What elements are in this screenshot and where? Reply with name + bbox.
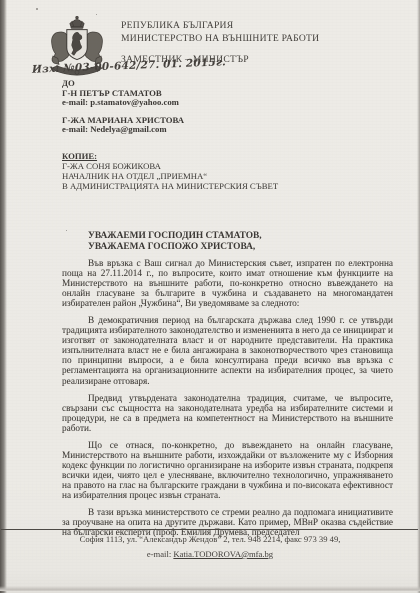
paragraph: В демократичния период на българската дъ… xyxy=(62,316,393,386)
salutation-line: УВАЖАЕМА ГОСПОЖО ХРИСТОВА, xyxy=(88,242,262,253)
letter-body: Във връзка с Ваш сигнал до Министерския … xyxy=(62,259,393,545)
footer-address: София 1113, ул. “Александър Жендов” 2, т… xyxy=(0,534,420,544)
salutation: УВАЖАЕМИ ГОСПОДИН СТАМАТОВ, УВАЖАЕМА ГОС… xyxy=(88,231,262,253)
scan-speck xyxy=(36,8,38,10)
copy-label: КОПИЕ: xyxy=(62,151,278,161)
copy-block: КОПИЕ: Г-ЖА СОНЯ БОЖИКОВА НАЧАЛНИК НА ОТ… xyxy=(62,151,278,191)
salutation-line: УВАЖАЕМИ ГОСПОДИН СТАМАТОВ, xyxy=(88,231,262,242)
letterhead-ministry: МИНИСТЕРСТВО НА ВЪНШНИТЕ РАБОТИ xyxy=(121,32,319,45)
copy-recipient-org: В АДМИНИСТРАЦИЯТА НА МИНИСТЕРСКИЯ СЪВЕТ xyxy=(62,181,278,191)
scan-edge-left xyxy=(0,0,7,593)
footer-email-line: e-mail: Katia.TODOROVA@mfa.bg xyxy=(0,549,420,559)
scan-edge-bottom xyxy=(0,586,420,591)
letterhead-country: РЕПУБЛИКА БЪЛГАРИЯ xyxy=(121,19,319,32)
scan-speck xyxy=(66,230,67,231)
footer-divider xyxy=(1,529,418,530)
copy-recipient-title: НАЧАЛНИК НА ОТДЕЛ „ПРИЕМНА“ xyxy=(62,171,278,181)
footer-email: Katia.TODOROVA@mfa.bg xyxy=(173,549,273,559)
copy-recipient-name: Г-ЖА СОНЯ БОЖИКОВА xyxy=(62,161,278,171)
paragraph: Във връзка с Ваш сигнал до Министерския … xyxy=(62,259,393,309)
footer-email-label: e-mail: xyxy=(147,549,174,559)
paragraph: Що се отнася, по-конкретно, до въвеждане… xyxy=(62,441,393,501)
paragraph: Предвид утвърдената законодателна традиц… xyxy=(62,394,393,434)
scanned-letter-page: РЕПУБЛИКА БЪЛГАРИЯ МИНИСТЕРСТВО НА ВЪНШН… xyxy=(0,0,420,593)
addressee-block: ДО Г-Н ПЕТЪР СТАМАТОВ e-mail: p.stamatov… xyxy=(62,79,184,135)
recipient-email: e-mail: p.stamatov@yahoo.com xyxy=(62,98,184,108)
recipient-email: e-mail: Nedelya@gmail.com xyxy=(62,125,184,135)
